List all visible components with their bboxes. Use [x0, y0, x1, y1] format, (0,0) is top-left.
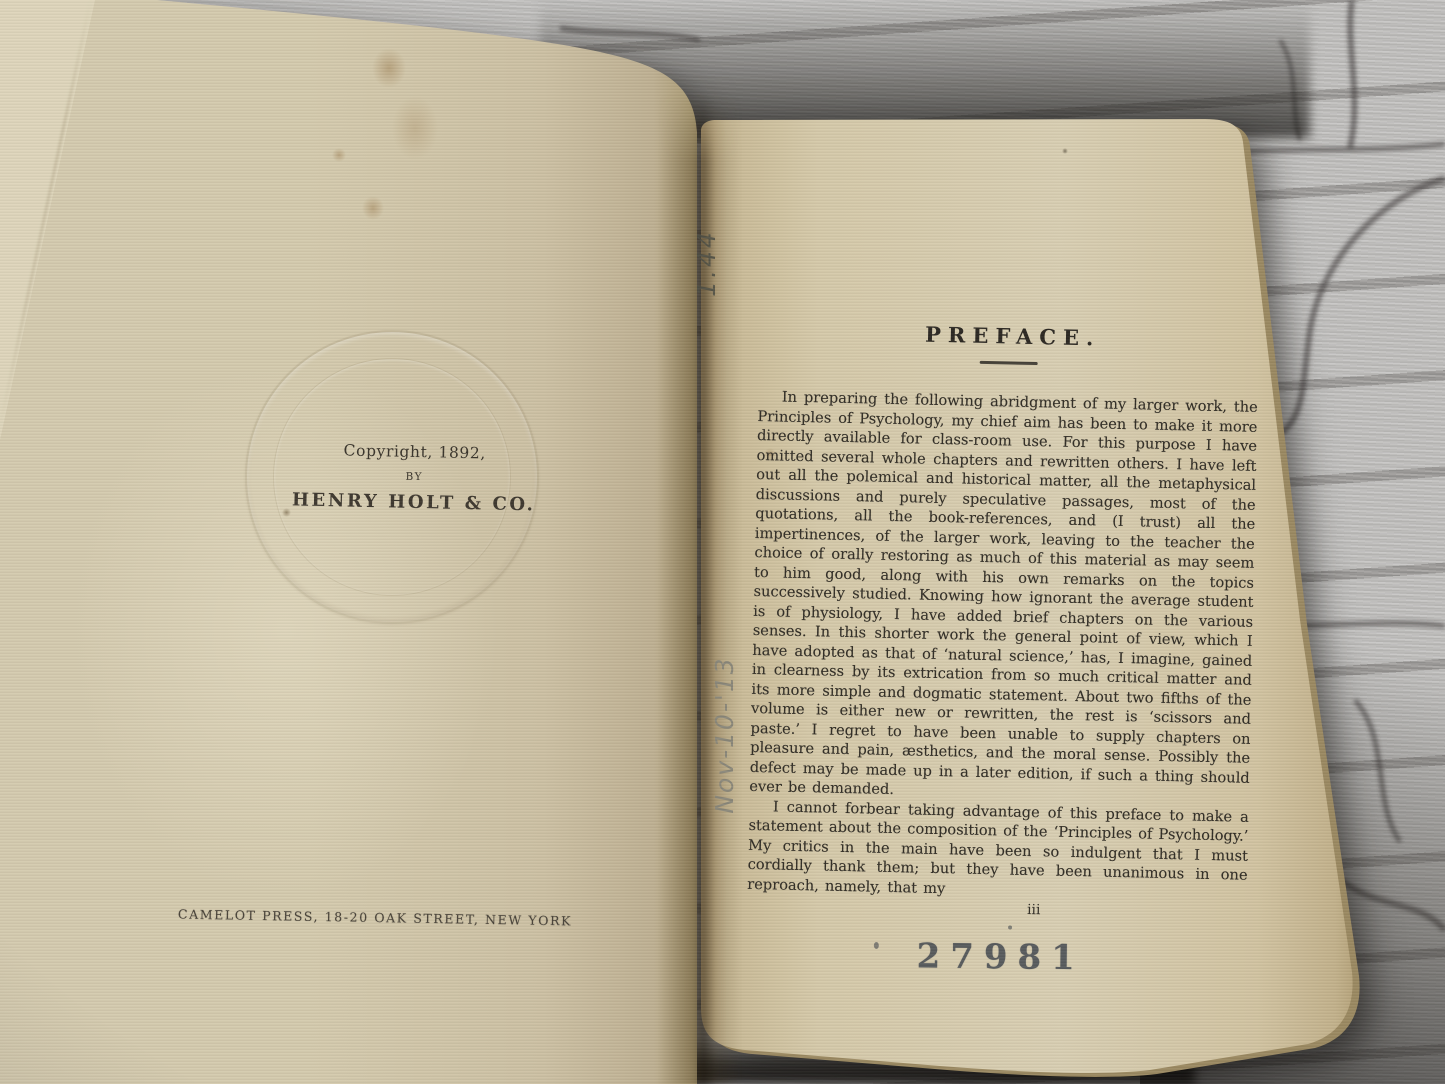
preface-paragraph: I cannot forbear taking advantage of thi… [747, 796, 1249, 904]
preface-body: In preparing the following abridgment of… [747, 374, 1258, 905]
copyright-by: BY [179, 466, 649, 488]
preface-paragraph: In preparing the following abridgment of… [749, 387, 1258, 807]
book-photo: Copyright, 1892, BY HENRY HOLT & CO. CAM… [0, 0, 1445, 1084]
heading-rule [980, 361, 1038, 365]
foxing-spot [372, 48, 406, 88]
accession-stamp: 27981 [865, 936, 1125, 979]
handwritten-price: 1.44 [692, 208, 728, 318]
foxing-spot [362, 196, 384, 220]
foxing-spot [1062, 148, 1068, 154]
foxing-spot [392, 96, 438, 160]
preface-page: PREFACE. In preparing the following abri… [745, 300, 1260, 983]
accession-number: 27981 [916, 936, 1085, 978]
preface-heading: PREFACE. [759, 318, 1259, 354]
foxing-spot [332, 148, 346, 162]
stamp-ink-mark [1008, 925, 1012, 929]
copyright-block: Copyright, 1892, BY HENRY HOLT & CO. [179, 438, 650, 518]
handwritten-date: Nov-10-'13 [710, 640, 750, 830]
stamp-ink-mark [874, 942, 879, 949]
